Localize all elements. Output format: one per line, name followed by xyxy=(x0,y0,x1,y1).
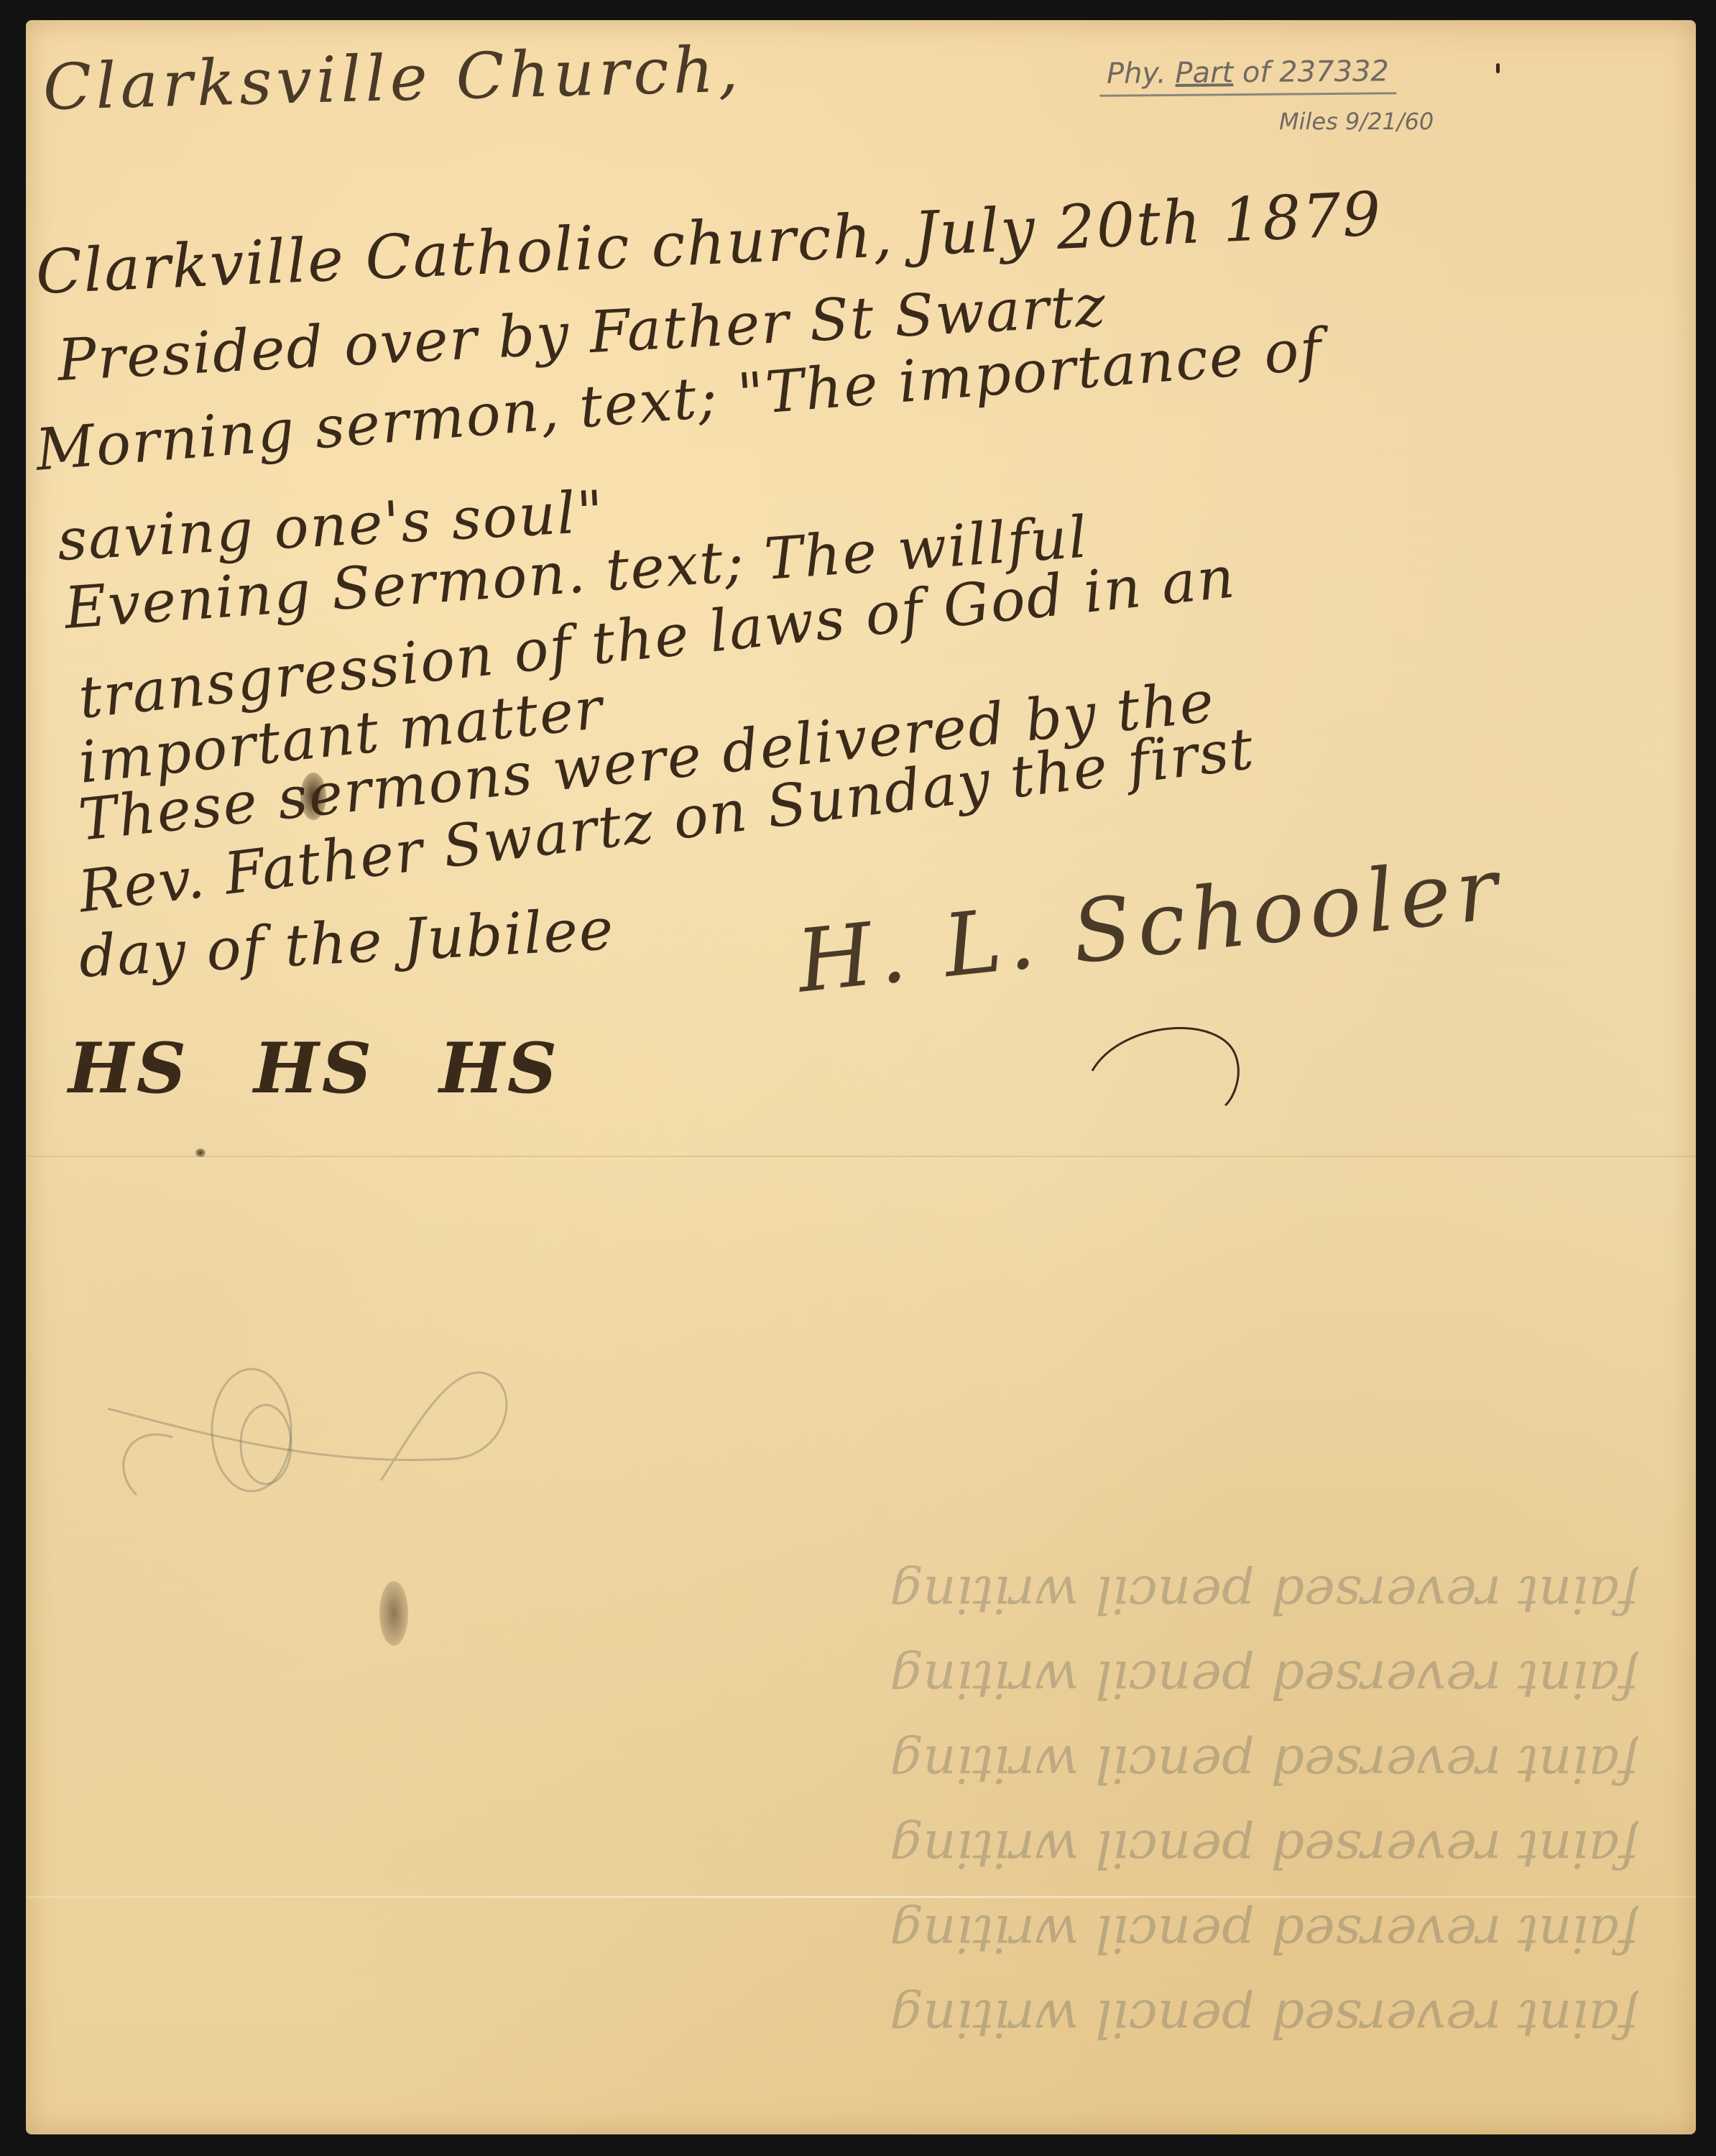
archival-initials-date: Miles 9/21/60 xyxy=(1279,108,1434,135)
bleed-through-line: faint reversed pencil writing xyxy=(72,1552,1638,1637)
ink-blot xyxy=(300,773,326,820)
bleed-through-line: faint reversed pencil writing xyxy=(72,1807,1638,1892)
ink-mark xyxy=(1496,63,1500,73)
pencil-flourish-icon xyxy=(108,1351,683,1524)
ink-spot xyxy=(195,1148,206,1157)
paper-fold xyxy=(26,1156,1696,1157)
archival-part-label: Part xyxy=(1175,56,1233,90)
archival-prefix: Phy. xyxy=(1107,57,1166,91)
signature-flourish-icon xyxy=(1078,992,1265,1107)
bleed-through-line: faint reversed pencil writing xyxy=(72,1637,1638,1722)
archival-reference-number: of 237332 xyxy=(1242,55,1389,89)
monogram-practice: HS HS HS xyxy=(68,1028,560,1109)
monogram: HS xyxy=(254,1028,374,1109)
monogram: HS xyxy=(439,1028,560,1109)
bleed-through-line: faint reversed pencil writing xyxy=(72,1976,1638,2061)
bleed-through-text: faint reversed pencil writing faint reve… xyxy=(72,1552,1638,2061)
bleed-through-line: faint reversed pencil writing xyxy=(72,1892,1638,1976)
archival-reference: Phy. Part of 237332 xyxy=(1099,55,1396,97)
monogram: HS xyxy=(68,1028,189,1109)
bleed-through-line: faint reversed pencil writing xyxy=(72,1722,1638,1807)
